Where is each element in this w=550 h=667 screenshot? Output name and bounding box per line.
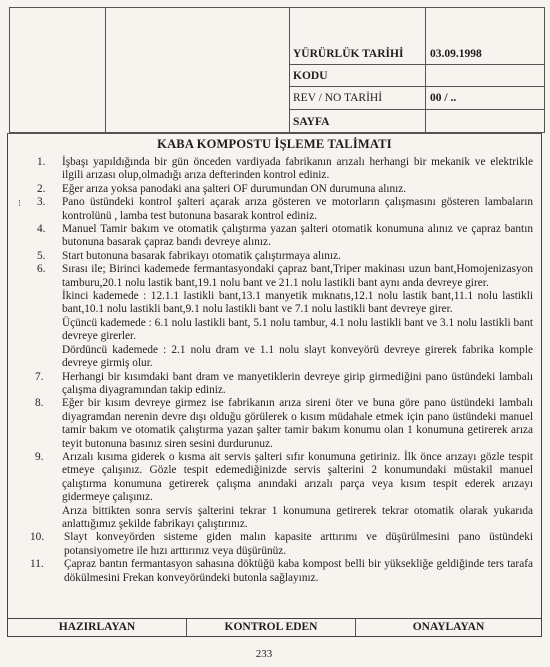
instruction-step: 7.Herhangi bir kısımdaki bant dram ve ma… [8, 371, 541, 398]
header-row-code: KODU [289, 64, 544, 86]
instruction-body: KABA KOMPOSTU İŞLEME TALİMATI 1.İşbaşı y… [7, 133, 542, 637]
header-row-page: SAYFA [289, 109, 544, 133]
step-number: 6. [37, 263, 45, 276]
document-header-table: YÜRÜRLÜK TARİHİ 03.09.1998 KODU REV / NO… [9, 7, 545, 133]
signature-row: HAZIRLAYAN KONTROL EDEN ONAYLAYAN [8, 618, 541, 636]
code-label: KODU [289, 70, 425, 82]
step-text: İkinci kademede : 12.1.1 lastikli bant,1… [62, 290, 533, 317]
step-text: Eğer bir kısım devreye girmez ise fabrik… [62, 397, 533, 451]
instruction-steps-list: 1.İşbaşı yapıldığında bir gün önceden va… [8, 156, 541, 585]
step-text: Slayt konveyörden sisteme giden malın ka… [64, 531, 533, 558]
instruction-step: 5.Start butonuna basarak fabrikayı otoma… [8, 250, 541, 263]
instruction-step: 10.Slayt konveyörden sisteme giden malın… [8, 531, 541, 558]
checked-by-label: KONTROL EDEN [187, 619, 356, 636]
step-number: 1. [37, 156, 45, 169]
revision-label: REV / NO TARİHİ [289, 92, 425, 104]
step-text: İşbaşı yapıldığında bir gün önceden vard… [62, 156, 533, 183]
step-text: Eğer arıza yoksa panodaki ana şalteri OF… [62, 183, 533, 196]
instruction-step: 2.Eğer arıza yoksa panodaki ana şalteri … [8, 183, 541, 196]
approved-by-label: ONAYLAYAN [356, 619, 541, 636]
header-divider [105, 8, 106, 132]
step-number: 7. [35, 371, 43, 384]
step-number: 5. [37, 250, 45, 263]
document-title: KABA KOMPOSTU İŞLEME TALİMATI [8, 137, 541, 152]
step-text: Pano üstündeki kontrol şalteri açarak ar… [62, 196, 533, 223]
step-number: 2. [37, 183, 45, 196]
step-number: 3. [37, 196, 45, 209]
step-number: 10. [30, 531, 44, 544]
effective-date-label: YÜRÜRLÜK TARİHİ [289, 48, 425, 60]
step-number: 4. [37, 223, 45, 236]
step-text: Arıza bittikten sonra servis şalterini t… [62, 505, 533, 532]
instruction-step: 8.Eğer bir kısım devreye girmez ise fabr… [8, 397, 541, 451]
revision-value: 00 / .. [425, 92, 544, 104]
effective-date-value: 03.09.1998 [425, 48, 544, 60]
header-row-revision: REV / NO TARİHİ 00 / .. [289, 86, 544, 109]
step-text: Çapraz bantın fermantasyon sahasına dökt… [64, 558, 533, 585]
prepared-by-label: HAZIRLAYAN [8, 619, 187, 636]
step-text: Manuel Tamir bakım ve otomatik çalıştırm… [62, 223, 533, 250]
header-row-effective-date: YÜRÜRLÜK TARİHİ 03.09.1998 [289, 43, 544, 64]
page-number: 233 [0, 648, 528, 660]
scan-mark: ⁝ [18, 198, 21, 209]
step-text: Arızalı kısıma giderek o kısma ait servi… [62, 451, 533, 505]
instruction-step: 3.Pano üstündeki kontrol şalteri açarak … [8, 196, 541, 223]
instruction-step: 11.Çapraz bantın fermantasyon sahasına d… [8, 558, 541, 585]
step-text: Herhangi bir kısımdaki bant dram ve many… [62, 371, 533, 398]
instruction-step: 6.Sırası ile; Birinci kademede fermantas… [8, 263, 541, 370]
instruction-step: 1.İşbaşı yapıldığında bir gün önceden va… [8, 156, 541, 183]
step-text: Start butonuna basarak fabrikayı otomati… [62, 250, 533, 263]
step-text: Dördüncü kademede : 2.1 nolu dram ve 1.1… [62, 344, 533, 371]
step-text: Sırası ile; Birinci kademede fermantasyo… [62, 263, 533, 290]
instruction-step: 9.Arızalı kısıma giderek o kısma ait ser… [8, 451, 541, 531]
instruction-step: 4.Manuel Tamir bakım ve otomatik çalıştı… [8, 223, 541, 250]
step-text: Üçüncü kademede : 6.1 nolu lastikli bant… [62, 317, 533, 344]
step-number: 11. [30, 558, 44, 571]
page-label: SAYFA [289, 116, 425, 128]
step-number: 8. [35, 397, 43, 410]
step-number: 9. [35, 451, 43, 464]
